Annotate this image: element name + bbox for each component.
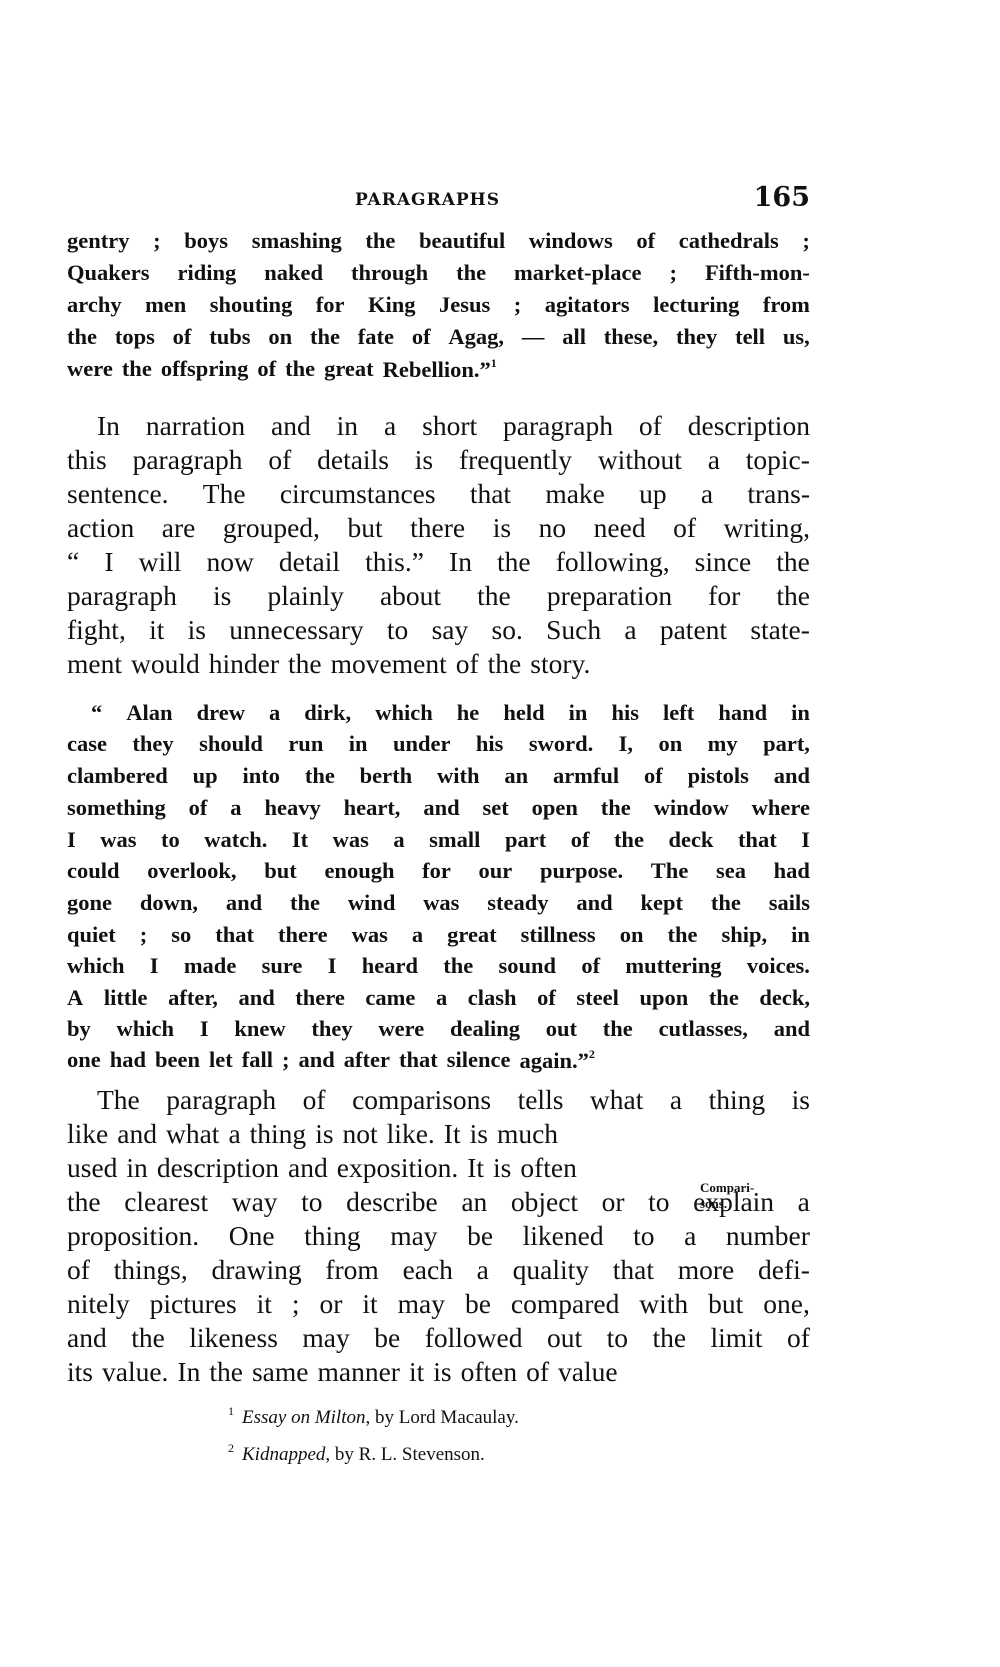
footnote-number: 2 [228, 1441, 234, 1455]
text-line: whichImadesureIheardthesoundofmutteringv… [67, 953, 810, 979]
footnote-text: , by R. L. Stevenson. [325, 1444, 484, 1465]
footnote-ref: 2 [589, 1047, 595, 1061]
text-line: gonedown,andthewindwassteadyandkeptthesa… [67, 890, 810, 916]
book-page: PARAGRAPHS 165 gentry;boyssmashingthebea… [0, 0, 1000, 1667]
footnote-title: Kidnapped [242, 1444, 325, 1465]
margin-note: Compari- sons. [700, 1180, 754, 1212]
text-line: mentwouldhinderthemovementofthestory. [67, 648, 810, 680]
text-line: somethingofaheavyheart,andsetopenthewind… [67, 795, 810, 821]
text-line: archymenshoutingforKingJesus;agitatorsle… [67, 292, 810, 318]
text-line: thetopsoftubsonthefateofAgag,—allthese,t… [67, 324, 810, 350]
text-line: quiet;sothattherewasagreatstillnessonthe… [67, 922, 810, 948]
text-line: likeandwhatathingisnotlike.Itismuch [67, 1118, 687, 1150]
text-line: Innarrationandinashortparagraphofdescrip… [97, 410, 810, 442]
footnote: 2Kidnapped, by R. L. Stevenson. [228, 1433, 519, 1470]
text-line: thisparagraphofdetailsisfrequentlywithou… [67, 444, 810, 476]
text-line: Iwastowatch.Itwasasmallpartofthedeckthat… [67, 827, 810, 853]
running-title: PARAGRAPHS [355, 190, 500, 210]
text-line: “Alandrewadirk,whichheheldinhislefthandi… [91, 700, 810, 726]
text-line: paragraphisplainlyaboutthepreparationfor… [67, 580, 810, 612]
text-line: itsvalue.Inthesamemanneritisoftenofvalue [67, 1356, 810, 1388]
text-line: gentry;boyssmashingthebeautifulwindowsof… [67, 228, 810, 254]
text-line: “Iwillnowdetailthis.”Inthefollowing,sinc… [67, 546, 810, 578]
page-number: 165 [754, 182, 810, 213]
text-line: Quakersridingnakedthroughthemarket-place… [67, 260, 810, 286]
text-line: andthelikenessmaybefollowedouttothelimit… [67, 1322, 810, 1354]
text-line: Alittleafter,andtherecameaclashofsteelup… [67, 985, 810, 1011]
text-line: usedindescriptionandexposition.Itisoften [67, 1152, 687, 1184]
text-line: onehadbeenletfall;andafterthatsilenceaga… [67, 1047, 810, 1074]
footnote-ref: 1 [491, 356, 497, 370]
footnotes: 1Essay on Milton, by Lord Macaulay. 2Kid… [228, 1396, 519, 1470]
text-line: nitelypicturesit;oritmaybecomparedwithbu… [67, 1288, 810, 1320]
text-line: casetheyshouldruninunderhissword.I,onmyp… [67, 731, 810, 757]
text-line: clamberedupintotheberthwithanarmfulofpis… [67, 763, 810, 789]
margin-note-line: sons. [700, 1196, 754, 1212]
text-line: ofthings,drawingfromeachaqualitythatmore… [67, 1254, 810, 1286]
running-head: PARAGRAPHS 165 [67, 182, 810, 218]
text-line: proposition.Onethingmaybelikenedtoanumbe… [67, 1220, 810, 1252]
text-line: actionaregrouped,butthereisnoneedofwriti… [67, 512, 810, 544]
text-line: couldoverlook,butenoughforourpurpose.The… [67, 858, 810, 884]
footnote-number: 1 [228, 1404, 234, 1418]
footnote: 1Essay on Milton, by Lord Macaulay. [228, 1396, 519, 1433]
text-line: sentence.Thecircumstancesthatmakeupatran… [67, 478, 810, 510]
text-line: weretheoffspringofthegreatRebellion.”1 [67, 356, 810, 383]
text-line: bywhichIknewtheyweredealingoutthecutlass… [67, 1016, 810, 1042]
text-line: Theparagraphofcomparisonstellswhatathing… [97, 1084, 810, 1116]
margin-note-line: Compari- [700, 1180, 754, 1196]
text-line: theclearestwaytodescribeanobjectortoexpl… [67, 1186, 810, 1218]
footnote-text: , by Lord Macaulay. [366, 1407, 519, 1428]
text-line: fight,itisunnecessarytosayso.Suchapatent… [67, 614, 810, 646]
footnote-title: Essay on Milton [242, 1407, 366, 1428]
